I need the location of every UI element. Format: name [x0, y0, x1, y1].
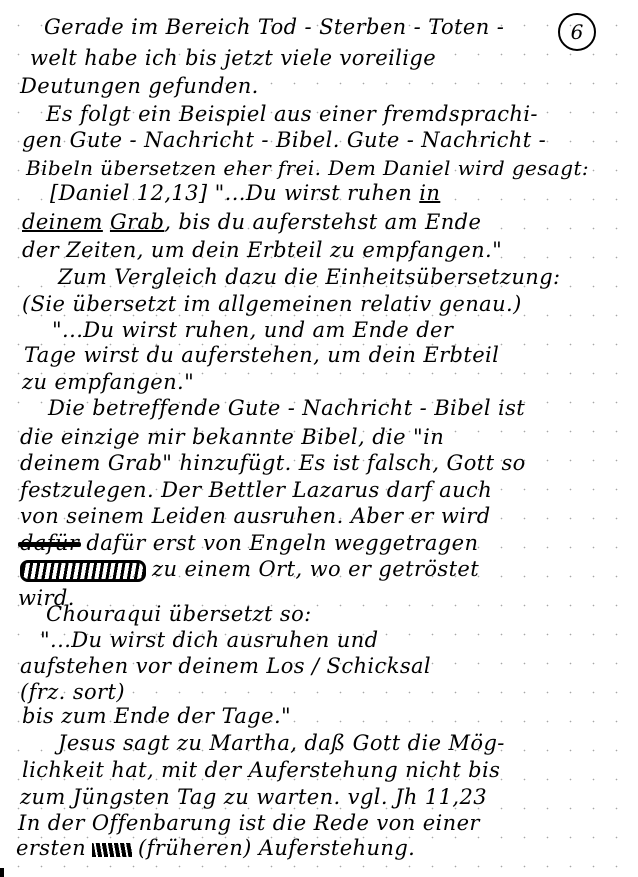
text-line: lichkeit hat, mit der Auferstehung nicht… [22, 760, 500, 781]
text-line: bis zum Ende der Tage." [22, 706, 291, 727]
text-line: In der Offenbarung ist die Rede von eine… [18, 813, 480, 834]
page-number-circle: 6 [558, 13, 596, 51]
text-line: dafür dafür erst von Engeln weggetragen [20, 533, 478, 554]
text-line: festzulegen. Der Bettler Lazarus darf au… [20, 480, 492, 501]
text-line: Chouraqui übersetzt so: [46, 604, 312, 625]
text-line: Gerade im Bereich Tod - Sterben - Toten … [44, 17, 504, 38]
struck-word: dafür [20, 533, 79, 554]
line-text: (früheren) Auferstehung. [138, 836, 415, 860]
underlined-word: in [419, 181, 440, 205]
line-text: dafür erst von Engeln weggetragen [79, 531, 478, 555]
text-line: zu einem Ort, wo er getröstet [20, 559, 479, 582]
text-line: Deutungen gefunden. [20, 76, 259, 97]
text-line: die einzige mir bekannte Bibel, die "in [20, 427, 444, 448]
text-line: deinem Grab, bis du auferstehst am Ende [22, 212, 481, 233]
scan-edge-mark [0, 868, 4, 877]
underlined-word: deinem [22, 210, 103, 234]
text-line: Tage wirst du auferstehen, um dein Erbte… [24, 345, 499, 366]
underlined-word: Grab [110, 210, 164, 234]
text-line: ersten(früheren) Auferstehung. [16, 838, 415, 859]
text-line: Die betreffende Gute - Nachricht - Bibel… [48, 398, 525, 419]
text-line: Es folgt ein Beispiel aus einer fremdspr… [46, 104, 538, 125]
line-text: zu einem Ort, wo er getröstet [152, 557, 479, 581]
text-line: deinem Grab" hinzufügt. Es ist falsch, G… [20, 453, 526, 474]
scribbled-out-word [92, 843, 132, 857]
text-line: von seinem Leiden ausruhen. Aber er wird [20, 506, 491, 527]
line-text: ersten [16, 836, 86, 860]
scanned-page: 6 Gerade im Bereich Tod - Sterben - Tote… [0, 0, 638, 877]
text-line: "...Du wirst ruhen, und am Ende der [52, 320, 453, 341]
line-text: [Daniel 12,13] "...Du wirst ruhen [50, 181, 419, 205]
text-line: gen Gute - Nachricht - Bibel. Gute - Nac… [22, 130, 546, 151]
text-line: der Zeiten, um dein Erbteil zu empfangen… [22, 240, 502, 261]
text-line: [Daniel 12,13] "...Du wirst ruhen in [50, 183, 440, 204]
text-line: aufstehen vor deinem Los / Schicksal [20, 656, 431, 677]
line-text: , bis du auferstehst am Ende [164, 210, 481, 234]
text-line: "...Du wirst dich ausruhen und [40, 630, 379, 651]
line-text [103, 210, 110, 234]
text-line: Jesus sagt zu Martha, daß Gott die Mög- [58, 733, 505, 754]
text-line: zum Jüngsten Tag zu warten. vgl. Jh 11,2… [20, 787, 487, 808]
text-line: Bibeln übersetzen eher frei. Dem Daniel … [26, 158, 589, 178]
text-line: (frz. sort) [20, 682, 125, 703]
text-line: Zum Vergleich dazu die Einheitsübersetzu… [58, 267, 561, 288]
text-line: zu empfangen." [22, 372, 194, 393]
scribbled-out-word [20, 560, 146, 582]
text-line: (Sie übersetzt im allgemeinen relativ ge… [22, 294, 522, 315]
text-line: welt habe ich bis jetzt viele voreilige [30, 48, 436, 69]
page-number: 6 [571, 22, 584, 42]
